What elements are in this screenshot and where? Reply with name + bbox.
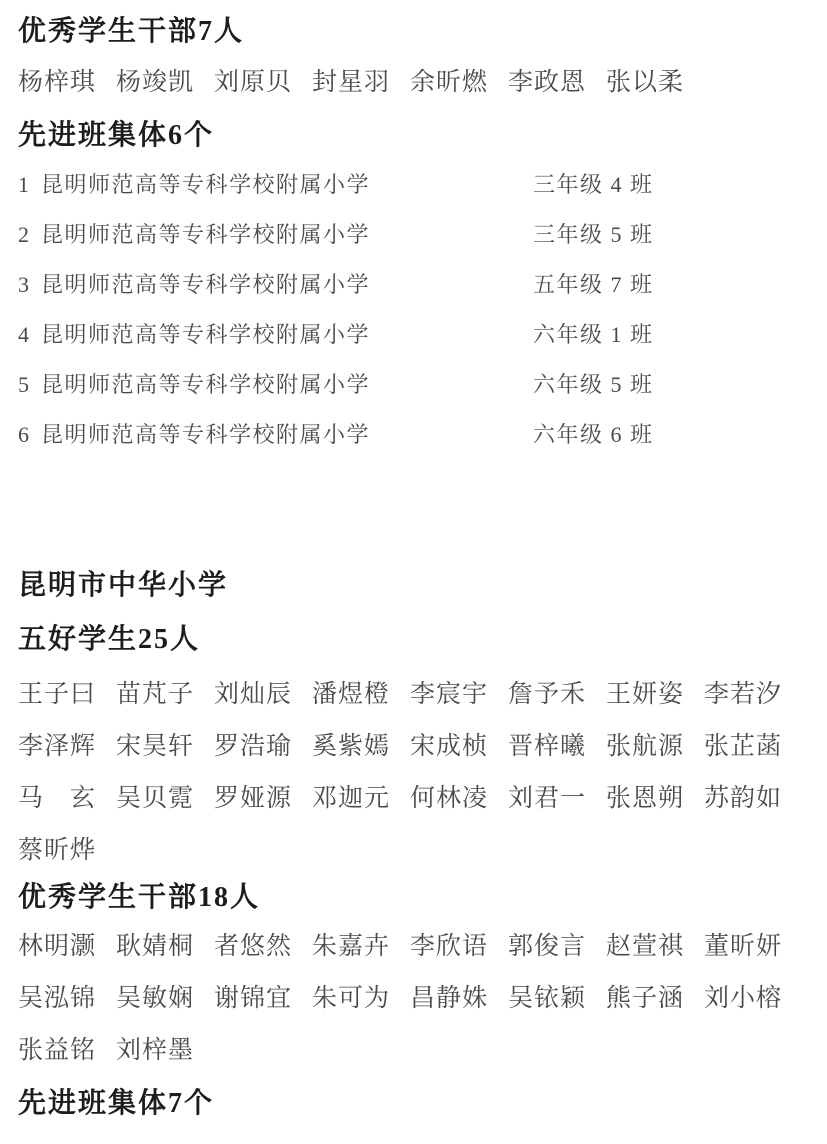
heading-five-good-students-25: 五好学生25人 bbox=[18, 622, 809, 658]
student-name: 张益铭 bbox=[18, 1036, 116, 1066]
school: 昆明师范高等专科学校附属小学 bbox=[41, 222, 370, 247]
no: 5 bbox=[18, 370, 32, 400]
student-name: 朱嘉卉 bbox=[312, 932, 410, 962]
student-name: 董昕妍 bbox=[704, 932, 802, 962]
student-name: 罗浩瑜 bbox=[214, 732, 312, 762]
student-name: 吴敏娴 bbox=[116, 984, 214, 1014]
student-name: 王子曰 bbox=[18, 680, 116, 710]
student-name: 杨梓琪 bbox=[18, 68, 116, 98]
student-name: 吴贝霓 bbox=[116, 784, 214, 814]
student-name: 晋梓曦 bbox=[508, 732, 606, 762]
student-name: 刘原贝 bbox=[214, 68, 312, 98]
student-name: 郭俊言 bbox=[508, 932, 606, 962]
student-name: 罗娅源 bbox=[214, 784, 312, 814]
student-name: 吴泓锦 bbox=[18, 984, 116, 1014]
student-name: 李宸宇 bbox=[410, 680, 508, 710]
name-list-cadres-7: 杨梓琪杨竣凯刘原贝封星羽余昕燃李政恩张以柔 bbox=[18, 68, 809, 98]
class-name: 六年级 6 班 bbox=[533, 420, 654, 450]
no: 1 bbox=[18, 170, 32, 200]
student-name: 张恩朔 bbox=[606, 784, 704, 814]
class-name: 三年级 4 班 bbox=[533, 170, 654, 200]
student-name: 昌静姝 bbox=[410, 984, 508, 1014]
student-name: 张航源 bbox=[606, 732, 704, 762]
document-page: 优秀学生干部7人 杨梓琪杨竣凯刘原贝封星羽余昕燃李政恩张以柔 先进班集体6个 1… bbox=[0, 0, 827, 1144]
student-name: 刘灿辰 bbox=[214, 680, 312, 710]
class-name: 六年级 5 班 bbox=[533, 370, 654, 400]
student-name: 刘梓墨 bbox=[116, 1036, 214, 1066]
student-name: 宋昊轩 bbox=[116, 732, 214, 762]
student-name: 马 玄 bbox=[18, 784, 116, 814]
class-row: 3昆明师范高等专科学校附属小学五年级 7 班 bbox=[18, 270, 809, 300]
no: 4 bbox=[18, 320, 32, 350]
class-name: 三年级 5 班 bbox=[533, 220, 654, 250]
name-list-five-good-25: 王子曰苗芃子刘灿辰潘煜橙李宸宇詹予禾王妍姿李若汐李泽辉宋昊轩罗浩瑜奚紫嫣宋成桢晋… bbox=[18, 680, 809, 866]
student-name: 詹予禾 bbox=[508, 680, 606, 710]
class-row: 6昆明师范高等专科学校附属小学六年级 6 班 bbox=[18, 420, 809, 450]
student-name: 刘君一 bbox=[508, 784, 606, 814]
student-name: 林明灏 bbox=[18, 932, 116, 962]
student-name: 朱可为 bbox=[312, 984, 410, 1014]
no: 2 bbox=[18, 220, 32, 250]
advanced-class-list: 1昆明师范高等专科学校附属小学三年级 4 班2昆明师范高等专科学校附属小学三年级… bbox=[18, 170, 809, 450]
heading-outstanding-cadres-18: 优秀学生干部18人 bbox=[18, 880, 809, 916]
heading-outstanding-cadres-7: 优秀学生干部7人 bbox=[18, 14, 809, 50]
class-row: 5昆明师范高等专科学校附属小学六年级 5 班 bbox=[18, 370, 809, 400]
heading-school-name: 昆明市中华小学 bbox=[18, 568, 809, 604]
student-name: 蔡昕烨 bbox=[18, 836, 116, 866]
student-name: 李欣语 bbox=[410, 932, 508, 962]
student-name: 潘煜橙 bbox=[312, 680, 410, 710]
student-name: 宋成桢 bbox=[410, 732, 508, 762]
no: 3 bbox=[18, 270, 32, 300]
student-name: 邓迦元 bbox=[312, 784, 410, 814]
school: 昆明师范高等专科学校附属小学 bbox=[41, 372, 370, 397]
heading-advanced-classes-6: 先进班集体6个 bbox=[18, 118, 809, 154]
student-name: 何林凌 bbox=[410, 784, 508, 814]
school: 昆明师范高等专科学校附属小学 bbox=[41, 322, 370, 347]
class-row: 4昆明师范高等专科学校附属小学六年级 1 班 bbox=[18, 320, 809, 350]
student-name: 李若汐 bbox=[704, 680, 802, 710]
class-name: 六年级 1 班 bbox=[533, 320, 654, 350]
student-name: 者悠然 bbox=[214, 932, 312, 962]
student-name: 谢锦宜 bbox=[214, 984, 312, 1014]
class-name: 五年级 7 班 bbox=[533, 270, 654, 300]
heading-advanced-classes-7: 先进班集体7个 bbox=[18, 1086, 809, 1122]
school: 昆明师范高等专科学校附属小学 bbox=[41, 172, 370, 197]
student-name: 奚紫嫣 bbox=[312, 732, 410, 762]
student-name: 吴铱颖 bbox=[508, 984, 606, 1014]
student-name: 李政恩 bbox=[508, 68, 606, 98]
student-name: 李泽辉 bbox=[18, 732, 116, 762]
school: 昆明师范高等专科学校附属小学 bbox=[41, 272, 370, 297]
student-name: 张芷菡 bbox=[704, 732, 802, 762]
no: 6 bbox=[18, 420, 32, 450]
student-name: 杨竣凯 bbox=[116, 68, 214, 98]
class-row: 2昆明师范高等专科学校附属小学三年级 5 班 bbox=[18, 220, 809, 250]
school: 昆明师范高等专科学校附属小学 bbox=[41, 422, 370, 447]
student-name: 耿婧桐 bbox=[116, 932, 214, 962]
student-name: 苏韵如 bbox=[704, 784, 802, 814]
student-name: 苗芃子 bbox=[116, 680, 214, 710]
student-name: 王妍姿 bbox=[606, 680, 704, 710]
student-name: 余昕燃 bbox=[410, 68, 508, 98]
student-name: 封星羽 bbox=[312, 68, 410, 98]
student-name: 张以柔 bbox=[606, 68, 704, 98]
name-list-cadres-18: 林明灏耿婧桐者悠然朱嘉卉李欣语郭俊言赵萱祺董昕妍吴泓锦吴敏娴谢锦宜朱可为昌静姝吴… bbox=[18, 932, 809, 1066]
student-name: 刘小榕 bbox=[704, 984, 802, 1014]
student-name: 赵萱祺 bbox=[606, 932, 704, 962]
student-name: 熊子涵 bbox=[606, 984, 704, 1014]
class-row: 1昆明师范高等专科学校附属小学三年级 4 班 bbox=[18, 170, 809, 200]
